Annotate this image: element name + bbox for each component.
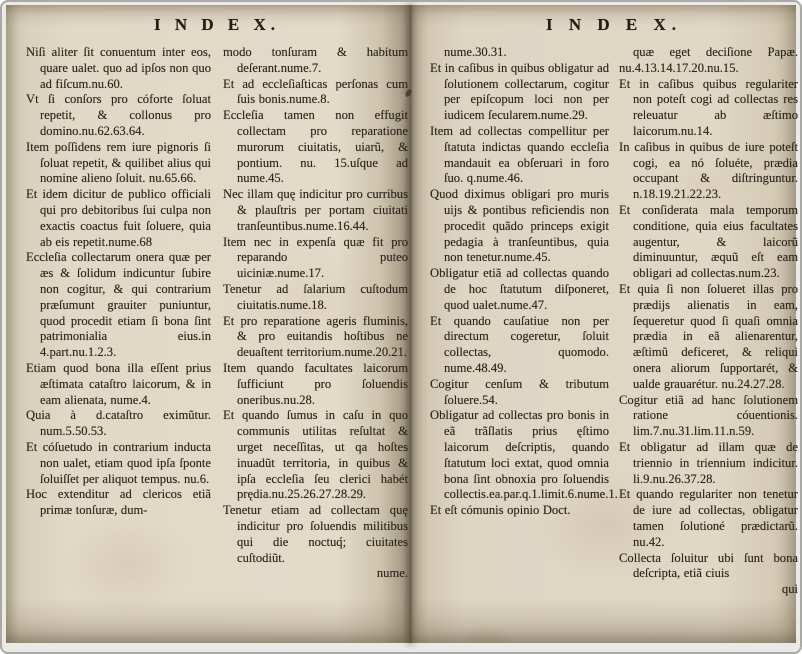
- index-entry: Quod diximus obligari pro muris uijs & p…: [430, 187, 609, 266]
- page-left: I N D E X. Niſi aliter ſit conuentum int…: [26, 11, 408, 582]
- index-entry: Et quando ſumus in caſu in quo communis …: [223, 408, 408, 503]
- index-entry: Niſi aliter ſit conuentum inter eos, qua…: [26, 45, 211, 92]
- index-entry: Eccleſia tamen non effugit collectam pro…: [223, 108, 408, 187]
- index-entry: Et conſiderata mala temporum conditione,…: [619, 203, 798, 282]
- index-entry: Cogitur cenſum & tributum ſoluere.54.: [430, 377, 609, 409]
- index-entry: Et quando regulariter non tenetur de iur…: [619, 487, 798, 550]
- index-entry: In caſibus in quibus de iure poteſt cogi…: [619, 140, 798, 203]
- page-right: I N D E X. nume.30.31.Et in caſibus in q…: [430, 11, 798, 598]
- catchword: qui: [633, 582, 798, 598]
- index-column: nume.30.31.Et in caſibus in quibus oblig…: [430, 45, 609, 598]
- index-entry: Quia à d.cataſtro eximũtur. num.5.50.53.: [26, 408, 211, 440]
- index-entry: Vt ſi conſors pro cóforte ſoluat repetit…: [26, 92, 211, 139]
- index-entry: quæ eget deciſione Papæ. nu.4.13.14.17.2…: [619, 45, 798, 77]
- index-entry: Item quando facultates laicorum ſufficiu…: [223, 361, 408, 408]
- index-column: quæ eget deciſione Papæ. nu.4.13.14.17.2…: [619, 45, 798, 598]
- index-entry: Obligatur ad collectas pro bonis in eã t…: [430, 408, 609, 503]
- book-gutter-crease: [409, 5, 412, 643]
- index-entry: Et in caſibus in quibus obligatur ad ſol…: [430, 61, 609, 124]
- index-entry: Cogitur etiã ad hanc ſolutionem ratione …: [619, 393, 798, 440]
- index-entry: Item ad collectas compellitur per ſtatut…: [430, 124, 609, 187]
- index-entry: modo tonſuram & habitum deſerant.nume.7.: [223, 45, 408, 77]
- page-right-columns: nume.30.31.Et in caſibus in quibus oblig…: [430, 45, 798, 598]
- index-entry: Et quando cauſatiue non per directum cog…: [430, 314, 609, 377]
- index-entry: Eccleſia collectarum onera quæ per æs & …: [26, 250, 211, 361]
- index-entry: Et ad eccleſiaſticas perſonas cum ſuis b…: [223, 77, 408, 109]
- page-header: I N D E X.: [26, 15, 408, 35]
- index-entry: Nec illam quę indicitur pro curribus & p…: [223, 187, 408, 234]
- index-entry: Etiam quod bona illa eſſent prius æſtima…: [26, 361, 211, 408]
- index-entry: Item poſſidens rem iure pignoris ſi ſolu…: [26, 140, 211, 187]
- index-entry: Et pro reparatione ageris fluminis, & pr…: [223, 314, 408, 361]
- index-entry: Et obligatur ad illam quæ de triennio in…: [619, 440, 798, 487]
- index-entry: Tenetur ad ſalarium cuſtodum ciuitatis.n…: [223, 282, 408, 314]
- index-entry: Et eſt cómunis opinio Doct.: [430, 503, 609, 519]
- index-entry: nume.30.31.: [430, 45, 609, 61]
- index-entry: Tenetur etiam ad collectam quę indicitur…: [223, 503, 408, 582]
- catchword: nume.: [237, 566, 408, 582]
- index-entry: Obligatur etiã ad collectas quando de ho…: [430, 266, 609, 313]
- index-entry: Et in caſibus quibus regulariter non pot…: [619, 77, 798, 140]
- index-column: Niſi aliter ſit conuentum inter eos, qua…: [26, 45, 211, 582]
- page-left-columns: Niſi aliter ſit conuentum inter eos, qua…: [26, 45, 408, 582]
- index-column: modo tonſuram & habitum deſerant.nume.7.…: [223, 45, 408, 582]
- page-header: I N D E X.: [430, 15, 798, 35]
- index-entry: Collecta ſoluitur ubi ſunt bona deſcript…: [619, 551, 798, 598]
- book-paper-spread: I N D E X. Niſi aliter ſit conuentum int…: [6, 5, 796, 643]
- index-entry: Hoc extenditur ad clericos etiã primæ to…: [26, 487, 211, 519]
- index-entry: Et idem dicitur de publico officiali qui…: [26, 187, 211, 250]
- index-entry: Et quia ſi non ſolueret illas pro prædij…: [619, 282, 798, 393]
- book-scan-frame: I N D E X. Niſi aliter ſit conuentum int…: [0, 0, 802, 654]
- index-entry: Item nec in expenſa quæ fit pro reparand…: [223, 235, 408, 282]
- index-entry: Et cóſuetudo in contrarium inducta non u…: [26, 440, 211, 487]
